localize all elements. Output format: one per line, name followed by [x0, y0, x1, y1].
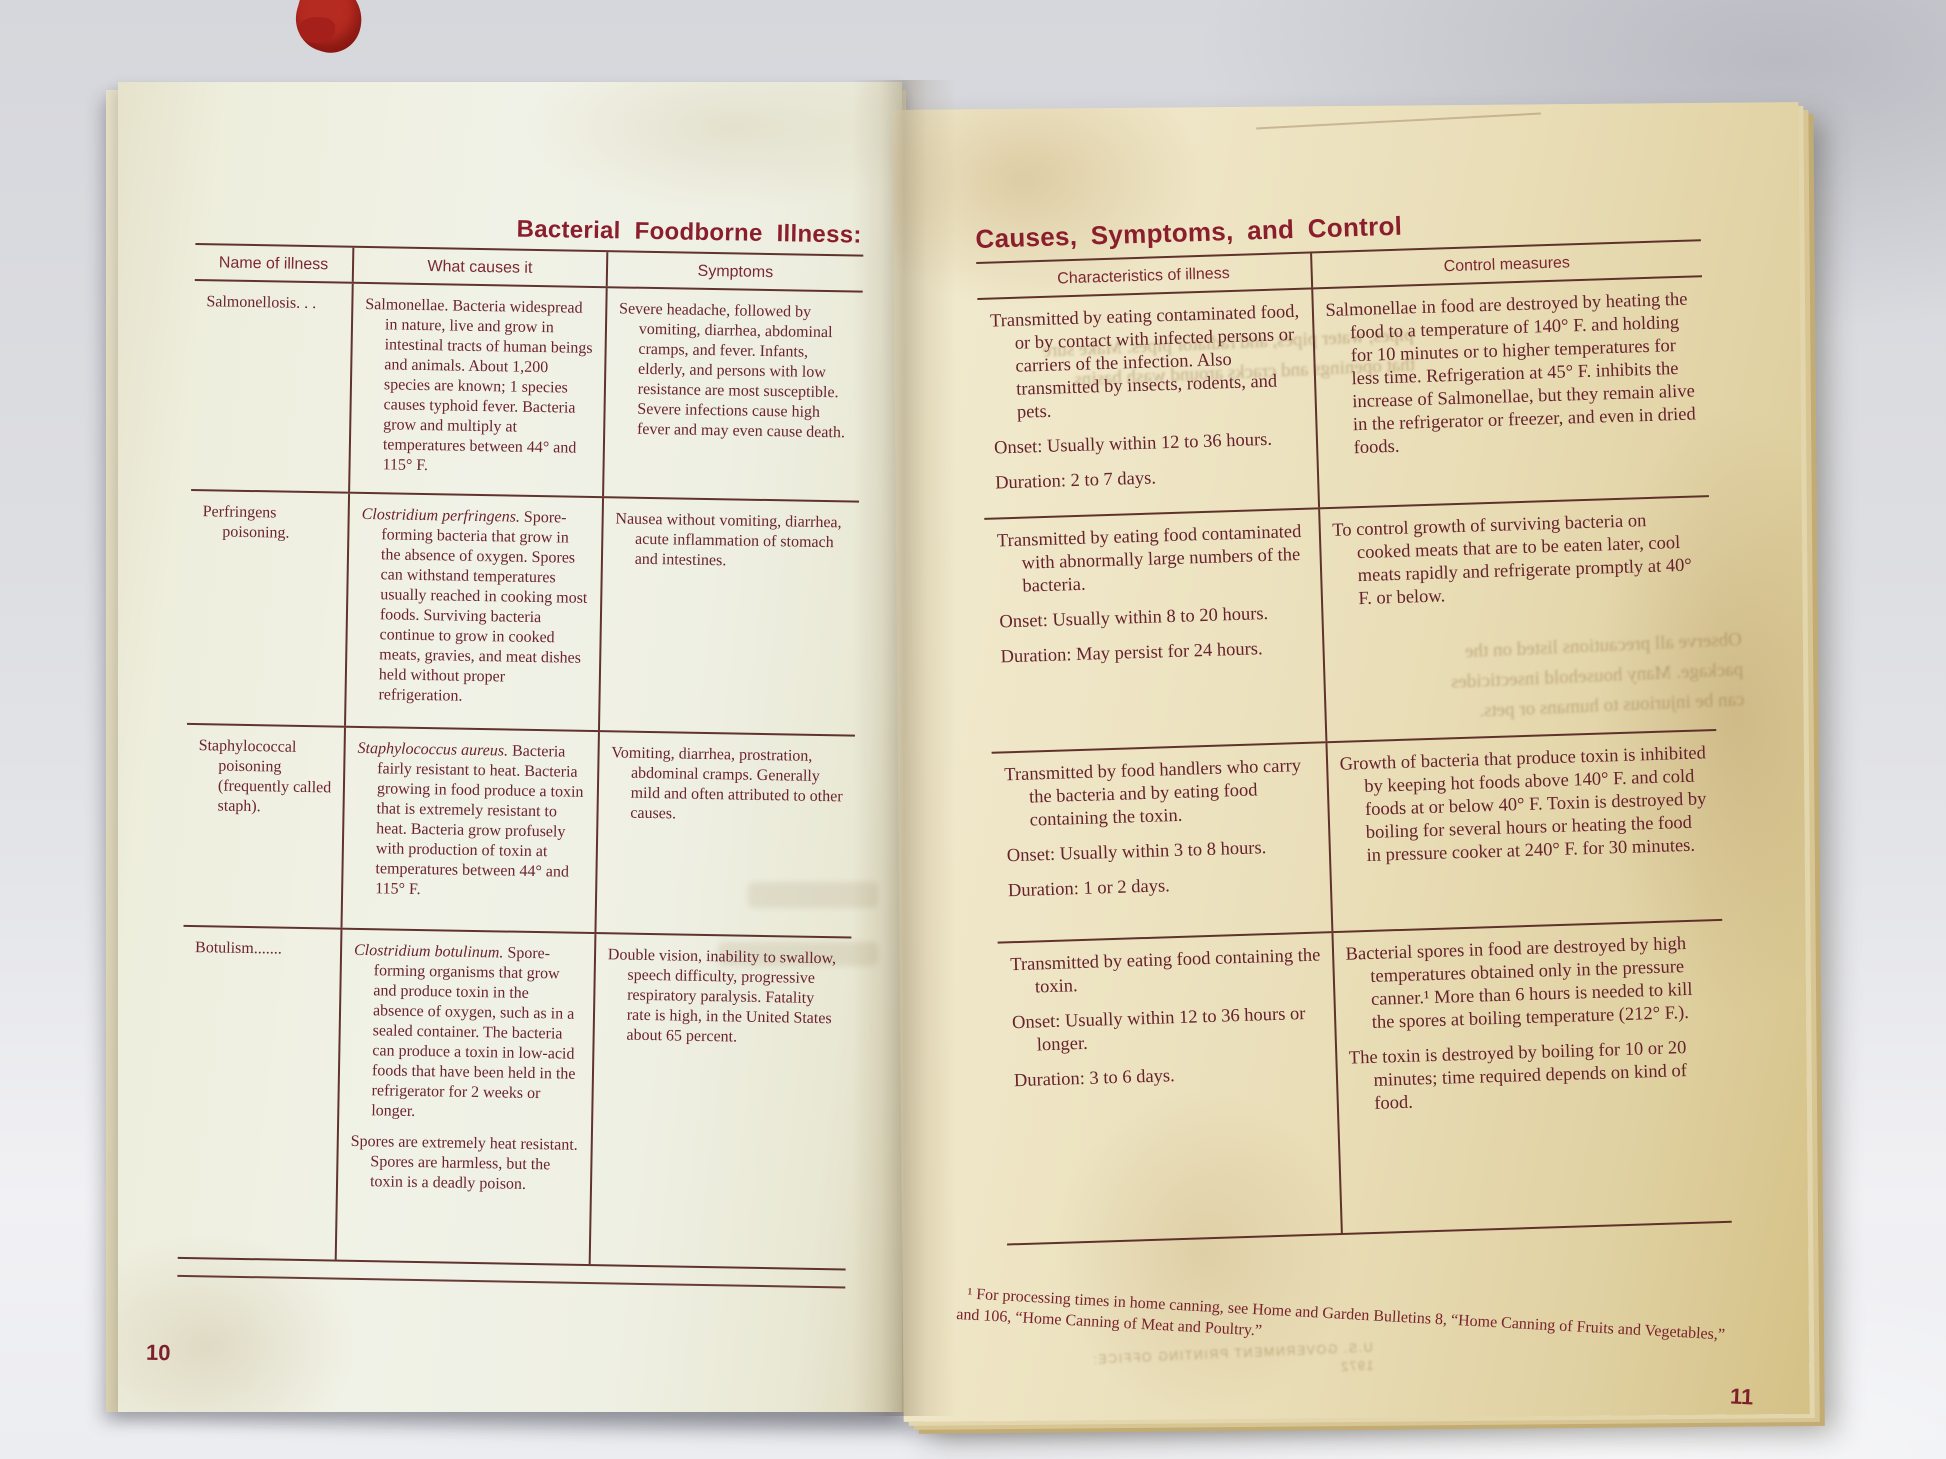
transmission-text: Transmitted by food handlers who carry t… — [1004, 755, 1318, 834]
illness-name-cell: Botulism....... — [178, 927, 341, 1260]
symptoms-cell: Double vision, inability to swallow, spe… — [588, 934, 851, 1268]
control-measures-cell: Growth of bacteria that produce toxin is… — [1325, 731, 1722, 931]
foodborne-illness-table: Name of illness What causes it Symptoms … — [178, 243, 864, 1271]
illness-name: Salmonellosis. . . — [206, 292, 341, 314]
illness-name-cell: Staphylococcal poisoning (frequently cal… — [184, 725, 344, 928]
table-row-perfringens-control: Transmitted by eating food contaminated … — [984, 497, 1716, 754]
control-measures-cell: To control growth of surviving bacteria … — [1318, 497, 1717, 741]
scientific-name: Clostridium perfringens. — [362, 506, 521, 526]
duration-text: Duration: 2 to 7 days. — [995, 463, 1307, 496]
page-number-right: 11 — [1729, 1384, 1753, 1411]
duration-text: Duration: 1 or 2 days. — [1008, 871, 1320, 904]
table-row-salmonellosis-control: Transmitted by eating contaminated food,… — [977, 277, 1709, 520]
table-row-salmonellosis: Salmonellosis. . . Salmonellae. Bacteria… — [191, 281, 863, 503]
column-header-name-of-illness: Name of illness — [195, 245, 353, 282]
onset-text: Onset: Usually within 8 to 20 hours. — [999, 602, 1311, 635]
illness-name-cell: Perfringens poisoning. — [187, 491, 348, 726]
cause-text: Staphylococcus aureus. Bacteria fairly r… — [355, 739, 588, 903]
symptoms-text: Vomiting, diarrhea, prostration, abdomin… — [610, 743, 845, 827]
symptoms-text: Nausea without vomiting, diarrhea, acute… — [615, 509, 849, 573]
column-header-what-causes-it: What causes it — [352, 248, 606, 286]
red-cover-corner — [288, 0, 370, 60]
control-text: To control growth of surviving bacteria … — [1332, 508, 1702, 611]
right-page-content: Causes, Symptoms, and Control Characteri… — [975, 201, 1732, 1245]
cause-text-2: Spores are extremely heat resistant. Spo… — [350, 1132, 581, 1196]
table-row-botulism: Botulism....... Clostridium botulinum. S… — [178, 927, 852, 1271]
control-text: Bacterial spores in food are destroyed b… — [1345, 932, 1715, 1035]
symptoms-cell: Vomiting, diarrhea, prostration, abdomin… — [594, 732, 855, 936]
paper-stain — [522, 82, 902, 212]
table-row-perfringens: Perfringens poisoning. Clostridium perfr… — [187, 491, 859, 737]
causes-control-table: Characteristics of illness Control measu… — [976, 239, 1732, 1245]
scientific-name: Clostridium botulinum. — [354, 942, 504, 962]
symptoms-cell: Severe headache, followed by vomiting, d… — [602, 288, 863, 500]
cause-cell: Staphylococcus aureus. Bacteria fairly r… — [340, 728, 597, 932]
illness-name: Staphylococcal poisoning (frequently cal… — [197, 736, 333, 818]
cause-text: Clostridium perfringens. Spore-forming b… — [358, 505, 591, 709]
cause-cell: Salmonellae. Bacteria widespread in natu… — [348, 284, 605, 496]
transmission-text: Transmitted by eating food containing th… — [1010, 944, 1323, 1000]
left-page-content: Bacterial Foodborne Illness: Name of ill… — [177, 210, 864, 1288]
cause-text: Salmonellae. Bacteria widespread in natu… — [362, 295, 595, 479]
onset-text: Onset: Usually within 12 to 36 hours. — [994, 428, 1306, 461]
control-measures-cell: Bacterial spores in food are destroyed b… — [1331, 921, 1732, 1233]
illness-name: Botulism....... — [195, 938, 330, 960]
control-text: Growth of bacteria that produce toxin is… — [1339, 742, 1710, 868]
onset-text: Onset: Usually within 3 to 8 hours. — [1007, 836, 1319, 869]
control-measures-cell: Salmonellae in food are destroyed by hea… — [1311, 277, 1709, 507]
table-row-staphylococcal: Staphylococcal poisoning (frequently cal… — [183, 725, 854, 939]
onset-text: Onset: Usually within 12 to 36 hours or … — [1012, 1002, 1325, 1058]
bleed-through-text: U.S. GOVERNMENT PRINTING OFFICE: 1972 — [1073, 1339, 1374, 1388]
column-header-symptoms: Symptoms — [606, 252, 864, 290]
symptoms-text: Severe headache, followed by vomiting, d… — [617, 299, 853, 443]
transmission-text: Transmitted by eating food contaminated … — [997, 521, 1311, 600]
illness-name-cell: Salmonellosis. . . — [191, 281, 352, 492]
characteristics-cell: Transmitted by eating food contaminated … — [984, 509, 1325, 751]
duration-text: Duration: May persist for 24 hours. — [1000, 637, 1312, 670]
transmission-text: Transmitted by eating contaminated food,… — [990, 301, 1305, 426]
duration-text: Duration: 3 to 6 days. — [1014, 1060, 1326, 1093]
page-number-left: 10 — [146, 1340, 171, 1366]
cause-text: Clostridium botulinum. Spore-forming org… — [351, 941, 584, 1125]
cause-cell: Clostridium perfringens. Spore-forming b… — [344, 494, 602, 730]
control-text: Salmonellae in food are destroyed by hea… — [1325, 288, 1697, 460]
characteristics-cell: Transmitted by eating contaminated food,… — [977, 289, 1317, 517]
symptoms-cell: Nausea without vomiting, diarrhea, acute… — [598, 498, 859, 734]
table-row-staphylococcal-control: Transmitted by food handlers who carry t… — [992, 731, 1723, 944]
scientific-name: Staphylococcus aureus. — [357, 740, 508, 760]
characteristics-cell: Transmitted by food handlers who carry t… — [992, 743, 1331, 941]
symptoms-text: Double vision, inability to swallow, spe… — [606, 945, 841, 1049]
cause-cell: Clostridium botulinum. Spore-forming org… — [335, 930, 595, 1264]
illness-name: Perfringens poisoning. — [202, 502, 338, 544]
control-text-2: The toxin is destroyed by boiling for 10… — [1349, 1036, 1718, 1117]
photo-of-open-booklet: pipes, water pipes, and radiator pipes. … — [0, 0, 1946, 1459]
table-row-botulism-control: Transmitted by eating food containing th… — [998, 921, 1732, 1246]
characteristics-cell: Transmitted by eating food containing th… — [998, 933, 1341, 1243]
